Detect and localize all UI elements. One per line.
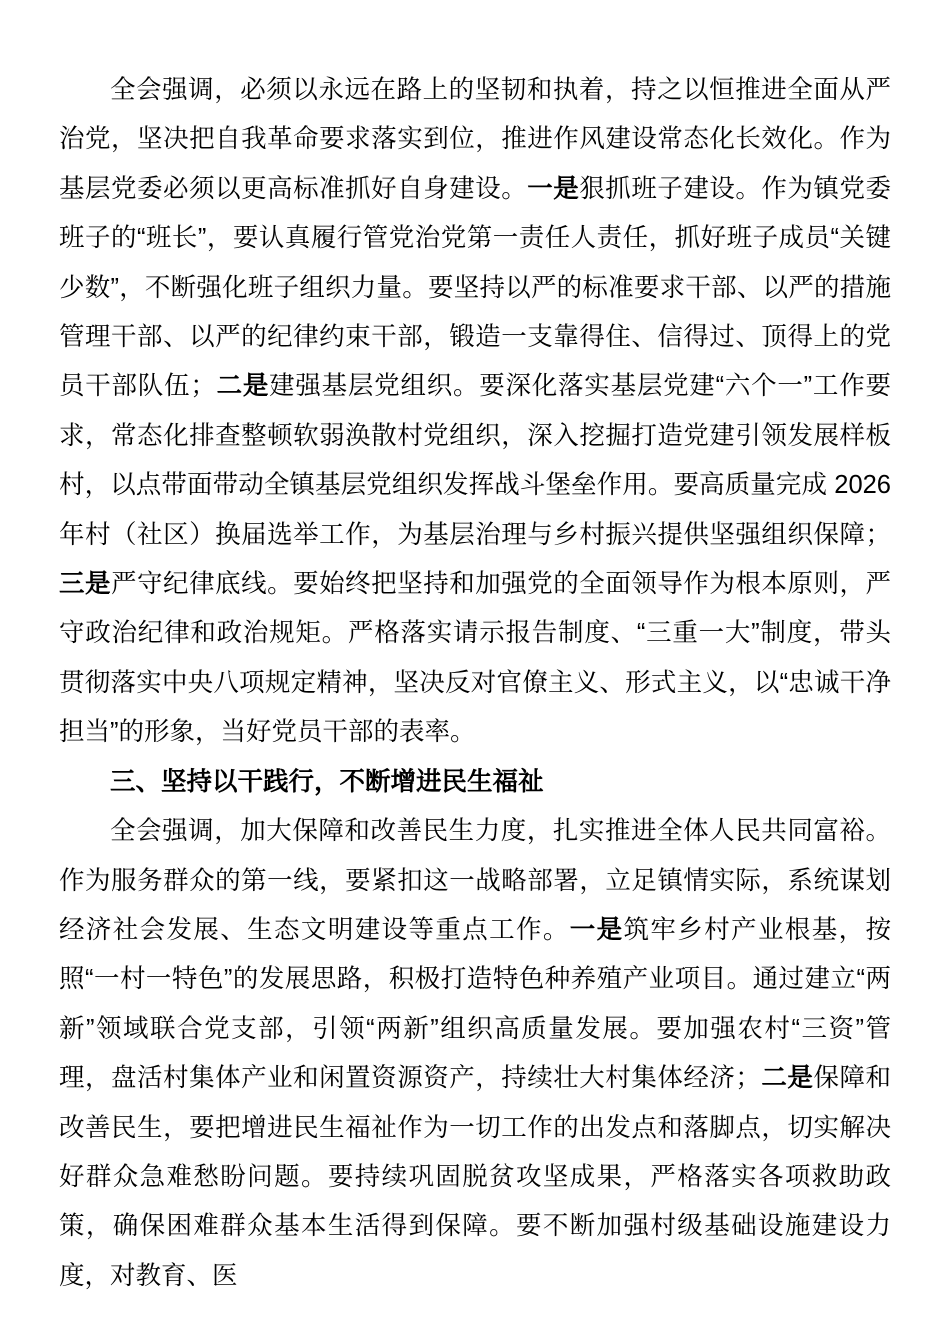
emphasis-text-run: 三、坚持以干践行，不断增进民生福祉: [110, 768, 544, 796]
body-paragraph: 全会强调，加大保障和改善民生力度，扎实推进全体人民共同富裕。作为服务群众的第一线…: [59, 807, 891, 1301]
text-run: 严守纪律底线。要始终把坚持和加强党的全面领导作为根本原则，严守政治纪律和政治规矩…: [59, 570, 891, 746]
emphasis-text-run: 二是: [216, 372, 269, 400]
emphasis-text-run: 一是: [527, 175, 579, 203]
emphasis-text-run: 一是: [570, 916, 624, 944]
text-run: 狠抓班子建设。作为镇党委班子的“班长”，要认真履行管党治党第一责任人责任，抓好班…: [59, 175, 891, 401]
emphasis-text-run: 三是: [59, 570, 111, 598]
document-page: 全会强调，必须以永远在路上的坚韧和执着，持之以恒推进全面从严治党，坚决把自我革命…: [0, 0, 950, 1344]
emphasis-text-run: 二是: [761, 1064, 814, 1092]
text-run: 保障和改善民生，要把增进民生福祉作为一切工作的出发点和落脚点，切实解决好群众急难…: [59, 1064, 891, 1290]
body-paragraph: 全会强调，必须以永远在路上的坚韧和执着，持之以恒推进全面从严治党，坚决把自我革命…: [59, 66, 891, 758]
section-heading: 三、坚持以干践行，不断增进民生福祉: [59, 758, 891, 807]
document-body: 全会强调，必须以永远在路上的坚韧和执着，持之以恒推进全面从严治党，坚决把自我革命…: [59, 66, 891, 1301]
